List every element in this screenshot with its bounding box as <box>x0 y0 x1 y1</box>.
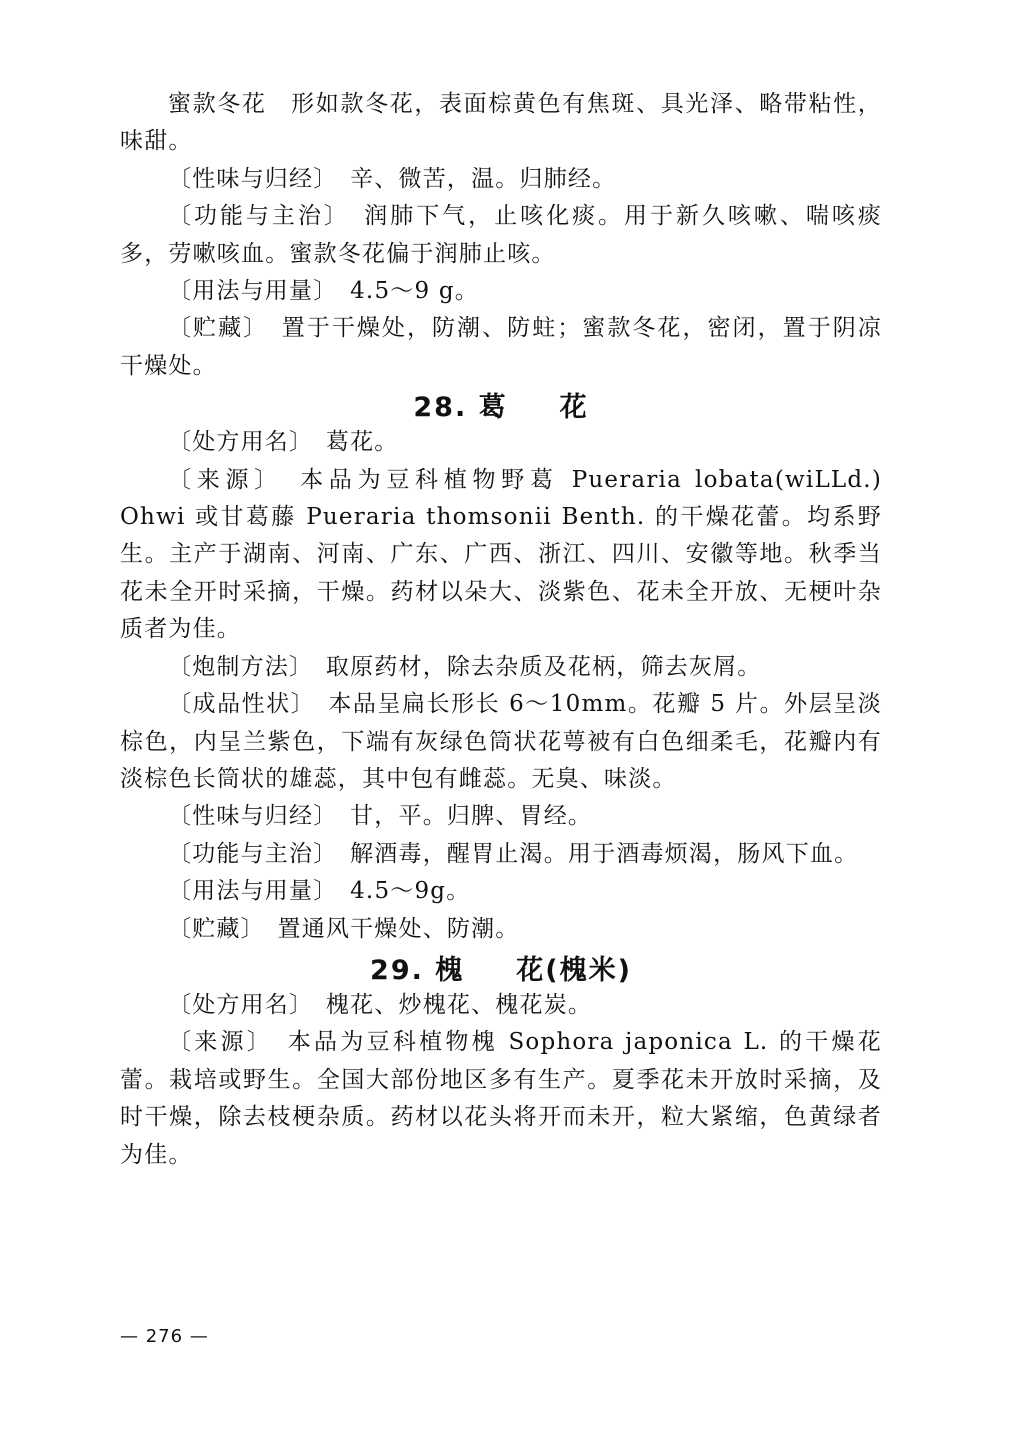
storage: 〔贮藏〕 置于干燥处，防潮、防蛀；蜜款冬花，密闭，置于阴凉干燥处。 <box>120 310 882 385</box>
section-title-char-1: 槐 <box>435 955 464 986</box>
function-indication: 〔功能与主治〕 解酒毒，醒胃止渴。用于酒毒烦渴，肠风下血。 <box>120 836 882 873</box>
storage: 〔贮藏〕 置通风干燥处、防潮。 <box>120 911 882 948</box>
page-number: — 276 — <box>120 1326 209 1347</box>
source: 〔来源〕 本品为豆科植物槐 Sophora japonica L. 的干燥花蕾。… <box>120 1024 882 1174</box>
source: 〔来源〕 本品为豆科植物野葛 Pueraria lobata(wiLLd.) O… <box>120 462 882 649</box>
section-number: 29. <box>370 955 424 986</box>
prescription-names: 〔处方用名〕 槐花、炒槐花、槐花炭。 <box>120 987 882 1024</box>
product-characteristics: 〔成品性状〕 本品呈扁长形长 6～10mm。花瓣 5 片。外层呈淡棕色，内呈兰紫… <box>120 686 882 798</box>
section-number: 28. <box>413 392 467 423</box>
nature-meridian: 〔性味与归经〕 甘，平。归脾、胃经。 <box>120 798 882 835</box>
section-28-heading: 28. 葛花 <box>120 385 882 424</box>
section-29-heading: 29. 槐花(槐米) <box>120 948 882 987</box>
section-title-rest: 花(槐米) <box>516 955 632 986</box>
section-title-char-2: 花 <box>560 392 589 423</box>
processing-method: 〔炮制方法〕 取原药材，除去杂质及花柄，筛去灰屑。 <box>120 649 882 686</box>
document-page: 蜜款冬花 形如款冬花，表面棕黄色有焦斑、具光泽、略带粘性，味甜。 〔性味与归经〕… <box>120 86 882 1174</box>
nature-meridian: 〔性味与归经〕 辛、微苦，温。归肺经。 <box>120 161 882 198</box>
usage-dosage: 〔用法与用量〕 4.5～9g。 <box>120 873 882 910</box>
section-title-char-1: 葛 <box>479 392 508 423</box>
variant-description: 蜜款冬花 形如款冬花，表面棕黄色有焦斑、具光泽、略带粘性，味甜。 <box>120 86 882 161</box>
function-indication: 〔功能与主治〕 润肺下气，止咳化痰。用于新久咳嗽、喘咳痰多，劳嗽咳血。蜜款冬花偏… <box>120 198 882 273</box>
prescription-names: 〔处方用名〕 葛花。 <box>120 424 882 461</box>
usage-dosage: 〔用法与用量〕 4.5～9 g。 <box>120 273 882 310</box>
